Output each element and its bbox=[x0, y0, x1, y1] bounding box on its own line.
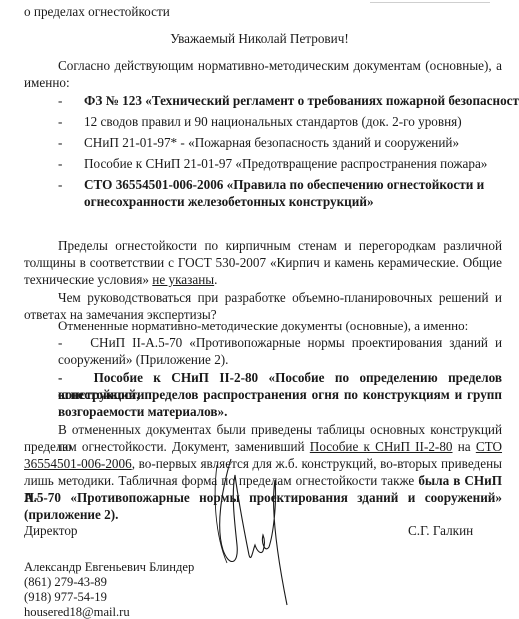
contact-name: Александр Евгеньевич Блиндер bbox=[24, 560, 194, 575]
list-item: -12 сводов правил и 90 национальных стан… bbox=[58, 113, 462, 130]
cancelled-item1-line1: - СНиП II-А.5-70 «Противопожарные нормы … bbox=[58, 334, 502, 351]
handwritten-signature-icon bbox=[205, 455, 295, 615]
reference-sto: СТО bbox=[476, 439, 502, 454]
contact-email: housered18@mail.ru bbox=[24, 605, 130, 619]
intro-line2: именно: bbox=[24, 74, 70, 91]
cancelled-item2-line2: конструкций, пределов распространения ог… bbox=[58, 386, 502, 403]
letter-page: о пределах огнестойкости Уважаемый Никол… bbox=[0, 0, 519, 619]
signatory-name: С.Г. Галкин bbox=[408, 522, 473, 539]
cancelled-item2-line3: возгораемости материалов». bbox=[58, 403, 227, 420]
cancelled-para-line2: пределам огнестойкости. Документ, замени… bbox=[24, 438, 502, 455]
reference-sto-number: 36554501-006-2006 bbox=[24, 456, 132, 471]
cancelled-docs-heading: Отмененные нормативно-методические докум… bbox=[58, 317, 468, 334]
reference-posobie: Пособие к СНиП II-2-80 bbox=[310, 439, 453, 454]
limits-line2: толщины в соответствии с ГОСТ 530-2007 «… bbox=[24, 254, 502, 271]
contact-phone-1: (861) 279-43-89 bbox=[24, 575, 107, 590]
greeting: Уважаемый Николай Петрович! bbox=[0, 30, 519, 47]
list-item: -ФЗ № 123 «Технический регламент о требо… bbox=[58, 92, 519, 109]
intro-line1: Согласно действующим нормативно-методиче… bbox=[58, 57, 502, 74]
signatory-title: Директор bbox=[24, 522, 78, 539]
list-item: -СНиП 21-01-97* - «Пожарная безопасность… bbox=[58, 134, 459, 151]
not-specified-emphasis: не указаны bbox=[152, 272, 214, 287]
cancelled-para-line6: (приложение 2). bbox=[24, 506, 118, 523]
question-line1: Чем руководствоваться при разработке объ… bbox=[58, 289, 502, 306]
cancelled-item1-line2: сооружений» (Приложение 2). bbox=[58, 351, 228, 368]
contact-phone-2: (918) 977-54-19 bbox=[24, 590, 107, 605]
list-item: -СТО 36554501-006-2006 «Правила по обесп… bbox=[58, 176, 484, 193]
list-item-continuation: огнесохранности железобетонных конструкц… bbox=[84, 193, 374, 210]
subject-line: о пределах огнестойкости bbox=[24, 3, 170, 20]
list-item: -Пособие к СНиП 21-01-97 «Предотвращение… bbox=[58, 155, 487, 172]
cut-off-header-fragment bbox=[370, 0, 490, 3]
limits-line1: Пределы огнестойкости по кирпичным стена… bbox=[58, 237, 502, 254]
limits-line3: технические условия» не указаны. bbox=[24, 271, 217, 288]
